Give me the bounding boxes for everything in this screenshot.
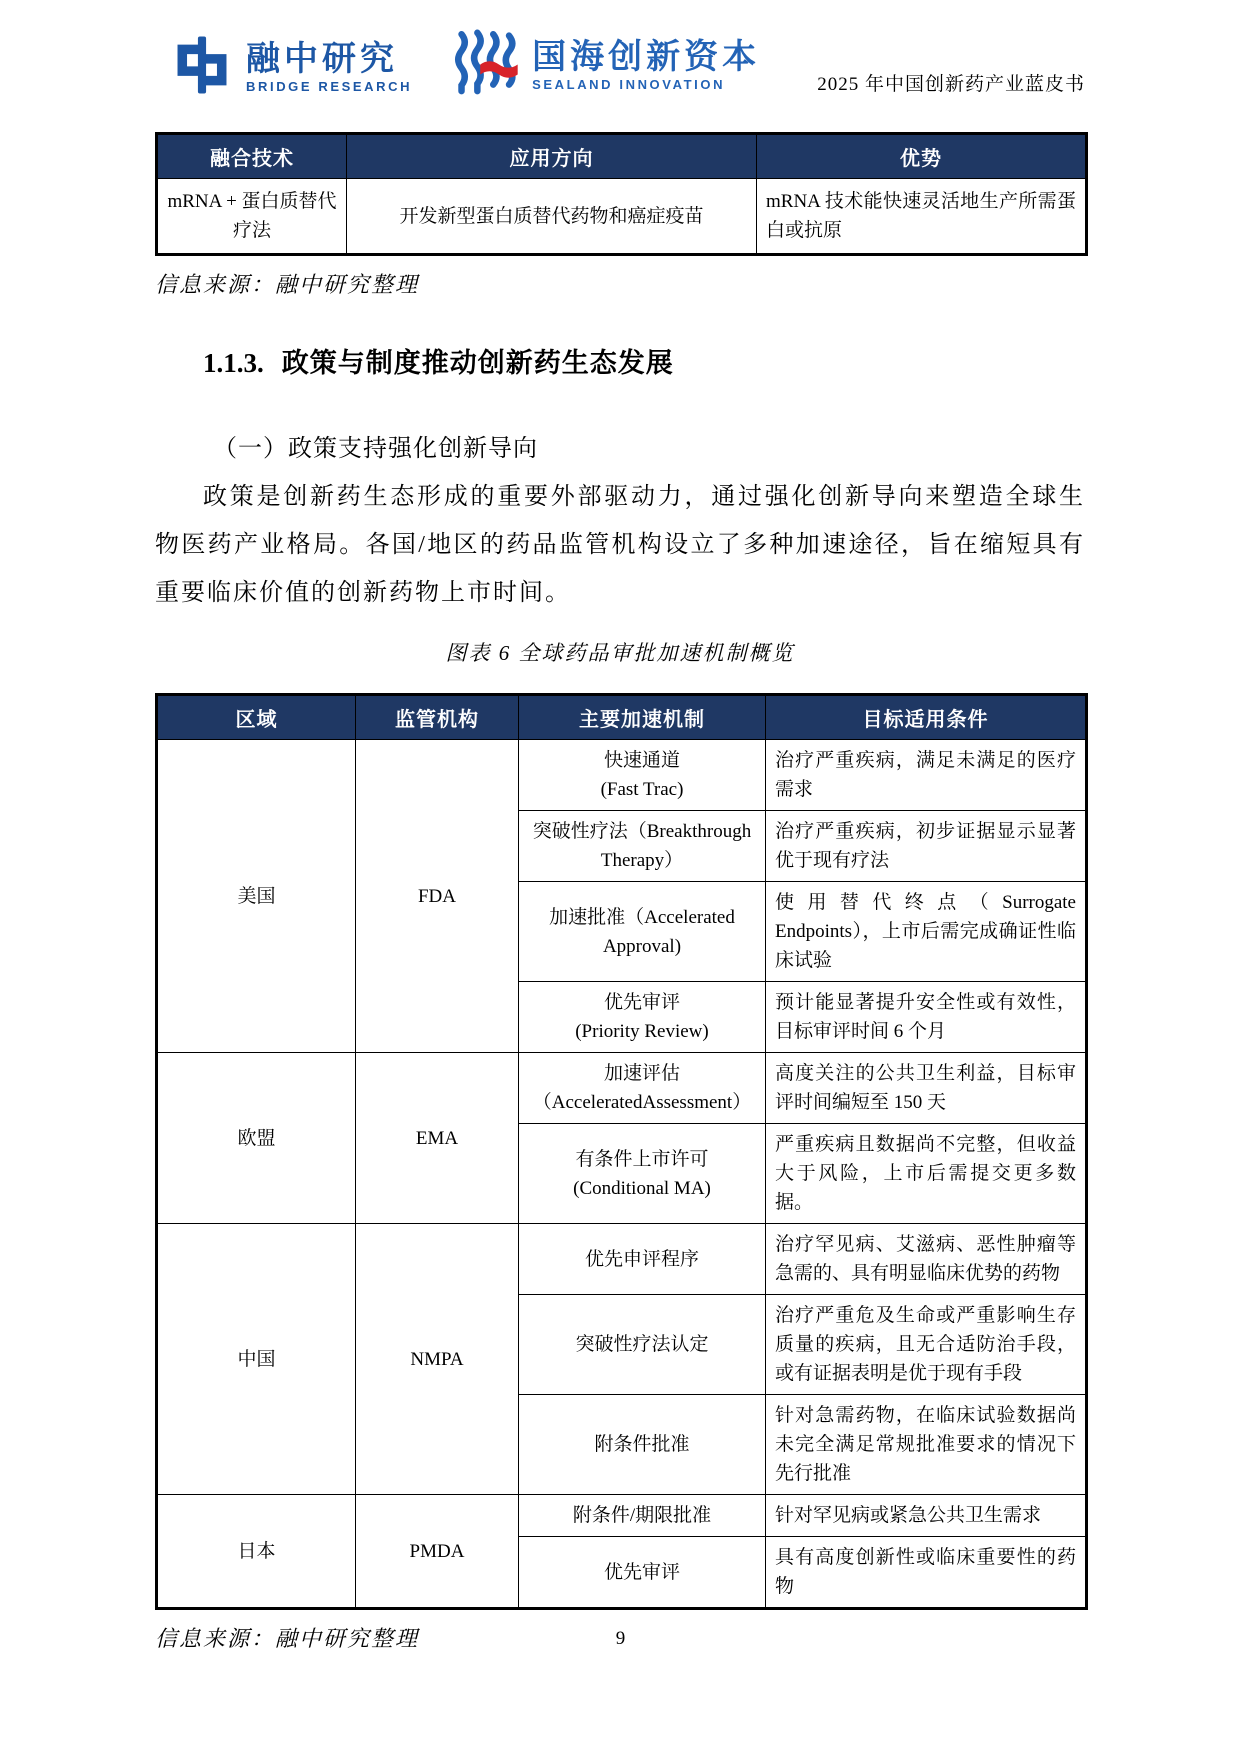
- mechanism-cell: 有条件上市许可(Conditional MA): [519, 1124, 766, 1224]
- fusion-advantage-cell: mRNA 技术能快速灵活地生产所需蛋白或抗原: [757, 179, 1087, 255]
- mechanism-cell: 快速通道(Fast Trac): [519, 740, 766, 811]
- mechanism-line: (Fast Trac): [528, 775, 756, 804]
- agency-cell: EMA: [356, 1053, 519, 1224]
- mechanism-line: (Conditional MA): [528, 1174, 756, 1203]
- section-heading: 1.1.3.政策与制度推动创新药生态发展: [155, 341, 1085, 380]
- mechanism-cell: 加速批准（AcceleratedApproval): [519, 882, 766, 982]
- condition-cell: 治疗严重疾病，初步证据显示显著优于现有疗法: [766, 811, 1087, 882]
- fusion-col-application: 应用方向: [347, 134, 757, 179]
- document-page: 融中研究 BRIDGE RESEARCH 国海创新资本 SEALAN: [0, 0, 1241, 1754]
- condition-cell: 治疗罕见病、艾滋病、恶性肿瘤等急需的、具有明显临床优势的药物: [766, 1224, 1087, 1295]
- bridge-research-en: BRIDGE RESEARCH: [246, 79, 412, 95]
- mechanism-line: 优先审评: [528, 1558, 756, 1587]
- agency-cell: FDA: [356, 740, 519, 1053]
- mechanism-line: 有条件上市许可: [528, 1145, 756, 1174]
- mechanism-line: 突破性疗法（Breakthrough: [528, 817, 756, 846]
- page-number: 9: [0, 1628, 1241, 1650]
- sealand-innovation-logo-icon: [450, 27, 522, 104]
- sealand-innovation-cn: 国海创新资本: [532, 38, 760, 77]
- condition-cell: 针对罕见病或紧急公共卫生需求: [766, 1495, 1087, 1537]
- mechanism-line: 快速通道: [528, 746, 756, 775]
- page-content: 融合技术 应用方向 优势 mRNA + 蛋白质替代疗法 开发新型蛋白质替代药物和…: [0, 132, 1241, 1653]
- accel-col-region: 区域: [157, 695, 356, 740]
- accel-table-row: 美国FDA快速通道(Fast Trac)治疗严重疾病，满足未满足的医疗需求: [157, 740, 1087, 811]
- mechanism-line: 优先申评程序: [528, 1245, 756, 1274]
- mechanism-cell: 优先审评: [519, 1537, 766, 1609]
- section-title: 政策与制度推动创新药生态发展: [282, 348, 674, 378]
- bridge-research-logo-icon: [168, 31, 236, 104]
- mechanism-cell: 突破性疗法（BreakthroughTherapy）: [519, 811, 766, 882]
- bridge-research-cn: 融中研究: [246, 40, 412, 79]
- accel-table-row: 日本PMDA附条件/期限批准针对罕见病或紧急公共卫生需求: [157, 1495, 1087, 1537]
- agency-cell: NMPA: [356, 1224, 519, 1495]
- mechanism-cell: 附条件批准: [519, 1395, 766, 1495]
- region-cell: 美国: [157, 740, 356, 1053]
- condition-cell: 具有高度创新性或临床重要性的药物: [766, 1537, 1087, 1609]
- mechanism-cell: 优先申评程序: [519, 1224, 766, 1295]
- mechanism-line: 加速评估: [528, 1059, 756, 1088]
- mechanism-line: 加速批准（Accelerated: [528, 903, 756, 932]
- acceleration-mechanism-table: 区域 监管机构 主要加速机制 目标适用条件 美国FDA快速通道(Fast Tra…: [155, 693, 1088, 1610]
- sealand-innovation-logo: 国海创新资本 SEALAND INNOVATION: [450, 27, 760, 104]
- mechanism-cell: 优先审评(Priority Review): [519, 982, 766, 1053]
- condition-cell: 治疗严重疾病，满足未满足的医疗需求: [766, 740, 1087, 811]
- fusion-table-row: mRNA + 蛋白质替代疗法 开发新型蛋白质替代药物和癌症疫苗 mRNA 技术能…: [157, 179, 1087, 255]
- mechanism-cell: 加速评估（AcceleratedAssessment）: [519, 1053, 766, 1124]
- mechanism-line: Therapy）: [528, 846, 756, 875]
- accel-table-row: 中国NMPA优先申评程序治疗罕见病、艾滋病、恶性肿瘤等急需的、具有明显临床优势的…: [157, 1224, 1087, 1295]
- subheading: （一）政策支持强化创新导向: [155, 428, 1085, 463]
- mechanism-line: Approval): [528, 932, 756, 961]
- condition-cell: 预计能显著提升安全性或有效性，目标审评时间 6 个月: [766, 982, 1087, 1053]
- bridge-research-logo-text: 融中研究 BRIDGE RESEARCH: [246, 40, 412, 95]
- mechanism-line: （AcceleratedAssessment）: [528, 1088, 756, 1117]
- figure-caption: 图表 6 全球药品审批加速机制概览: [155, 637, 1085, 667]
- section-number: 1.1.3.: [203, 348, 264, 378]
- sealand-innovation-en: SEALAND INNOVATION: [532, 77, 760, 93]
- accel-table-row: 欧盟EMA加速评估（AcceleratedAssessment）高度关注的公共卫…: [157, 1053, 1087, 1124]
- sealand-innovation-logo-text: 国海创新资本 SEALAND INNOVATION: [532, 38, 760, 93]
- accel-table-body: 美国FDA快速通道(Fast Trac)治疗严重疾病，满足未满足的医疗需求突破性…: [157, 740, 1087, 1609]
- mechanism-line: 突破性疗法认定: [528, 1330, 756, 1359]
- accel-table-header-row: 区域 监管机构 主要加速机制 目标适用条件: [157, 695, 1087, 740]
- mechanism-line: (Priority Review): [528, 1017, 756, 1046]
- condition-cell: 针对急需药物，在临床试验数据尚未完全满足常规批准要求的情况下先行批准: [766, 1395, 1087, 1495]
- condition-cell: 严重疾病且数据尚不完整，但收益大于风险，上市后需提交更多数据。: [766, 1124, 1087, 1224]
- condition-cell: 治疗严重危及生命或严重影响生存质量的疾病，且无合适防治手段，或有证据表明是优于现…: [766, 1295, 1087, 1395]
- fusion-technology-table: 融合技术 应用方向 优势 mRNA + 蛋白质替代疗法 开发新型蛋白质替代药物和…: [155, 132, 1088, 256]
- mechanism-cell: 附条件/期限批准: [519, 1495, 766, 1537]
- accel-col-condition: 目标适用条件: [766, 695, 1087, 740]
- fusion-application-cell: 开发新型蛋白质替代药物和癌症疫苗: [347, 179, 757, 255]
- fusion-tech-cell: mRNA + 蛋白质替代疗法: [157, 179, 347, 255]
- region-cell: 日本: [157, 1495, 356, 1609]
- body-paragraph: 政策是创新药生态形成的重要外部驱动力，通过强化创新导向来塑造全球生物医药产业格局…: [155, 473, 1085, 617]
- region-cell: 欧盟: [157, 1053, 356, 1224]
- mechanism-line: 优先审评: [528, 988, 756, 1017]
- fusion-table-header-row: 融合技术 应用方向 优势: [157, 134, 1087, 179]
- page-header: 融中研究 BRIDGE RESEARCH 国海创新资本 SEALAN: [0, 0, 1241, 104]
- mechanism-cell: 突破性疗法认定: [519, 1295, 766, 1395]
- accel-col-agency: 监管机构: [356, 695, 519, 740]
- document-title: 2025 年中国创新药产业蓝皮书: [817, 69, 1085, 104]
- mechanism-line: 附条件批准: [528, 1430, 756, 1459]
- accel-col-mechanism: 主要加速机制: [519, 695, 766, 740]
- bridge-research-logo: 融中研究 BRIDGE RESEARCH: [168, 31, 412, 104]
- region-cell: 中国: [157, 1224, 356, 1495]
- fusion-source-note: 信息来源：融中研究整理: [155, 268, 1085, 299]
- condition-cell: 使用替代终点（Surrogate Endpoints），上市后需完成确证性临床试…: [766, 882, 1087, 982]
- fusion-col-advantage: 优势: [757, 134, 1087, 179]
- fusion-col-tech: 融合技术: [157, 134, 347, 179]
- mechanism-line: 附条件/期限批准: [528, 1501, 756, 1530]
- condition-cell: 高度关注的公共卫生利益，目标审评时间编短至 150 天: [766, 1053, 1087, 1124]
- agency-cell: PMDA: [356, 1495, 519, 1609]
